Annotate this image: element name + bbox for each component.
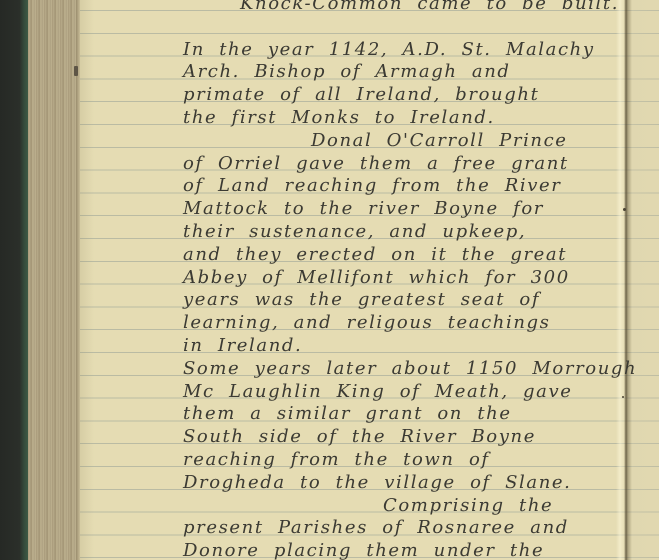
text-line: Arch. Bishop of Armagh and bbox=[183, 61, 628, 84]
text-line: In the year 1142, A.D. St. Malachy bbox=[183, 39, 628, 62]
binding-mark bbox=[74, 66, 78, 76]
text-line: the first Monks to Ireland. bbox=[183, 107, 628, 130]
blank-line bbox=[183, 16, 628, 39]
text-line: South side of the River Boyne bbox=[183, 426, 628, 449]
text-line: Donal O'Carroll Prince bbox=[183, 130, 628, 153]
text-line: of Orriel gave them a free grant bbox=[183, 153, 628, 176]
text-line: reaching from the town of bbox=[183, 449, 628, 472]
text-line: Drogheda to the village of Slane. bbox=[183, 472, 628, 495]
text-line: present Parishes of Rosnaree and bbox=[183, 517, 628, 540]
text-line: and they erected on it the great bbox=[183, 244, 628, 267]
text-line: years was the greatest seat of bbox=[183, 289, 628, 312]
book-cover bbox=[0, 0, 28, 560]
text-line: their sustenance, and upkeep, bbox=[183, 221, 628, 244]
text-line: of Land reaching from the River bbox=[183, 175, 628, 198]
notebook-photo: Knock-Common came to be built. In the ye… bbox=[0, 0, 659, 560]
text-line: them a similar grant on the bbox=[183, 403, 628, 426]
page-edges-stack bbox=[28, 0, 80, 560]
text-line: Donore placing them under the bbox=[183, 540, 628, 560]
text-line: Knock-Common came to be built. bbox=[183, 0, 628, 16]
text-line: Some years later about 1150 Morrough bbox=[183, 358, 628, 381]
text-line: primate of all Ireland, brought bbox=[183, 84, 628, 107]
text-line: learning, and religous teachings bbox=[183, 312, 628, 335]
text-line: Mc Laughlin King of Meath, gave bbox=[183, 381, 628, 404]
text-line: Abbey of Mellifont which for 300 bbox=[183, 267, 628, 290]
handwritten-text: Knock-Common came to be built. In the ye… bbox=[183, 0, 628, 560]
text-line: Mattock to the river Boyne for bbox=[183, 198, 628, 221]
text-line: Comprising the bbox=[183, 495, 628, 518]
text-line: in Ireland. bbox=[183, 335, 628, 358]
